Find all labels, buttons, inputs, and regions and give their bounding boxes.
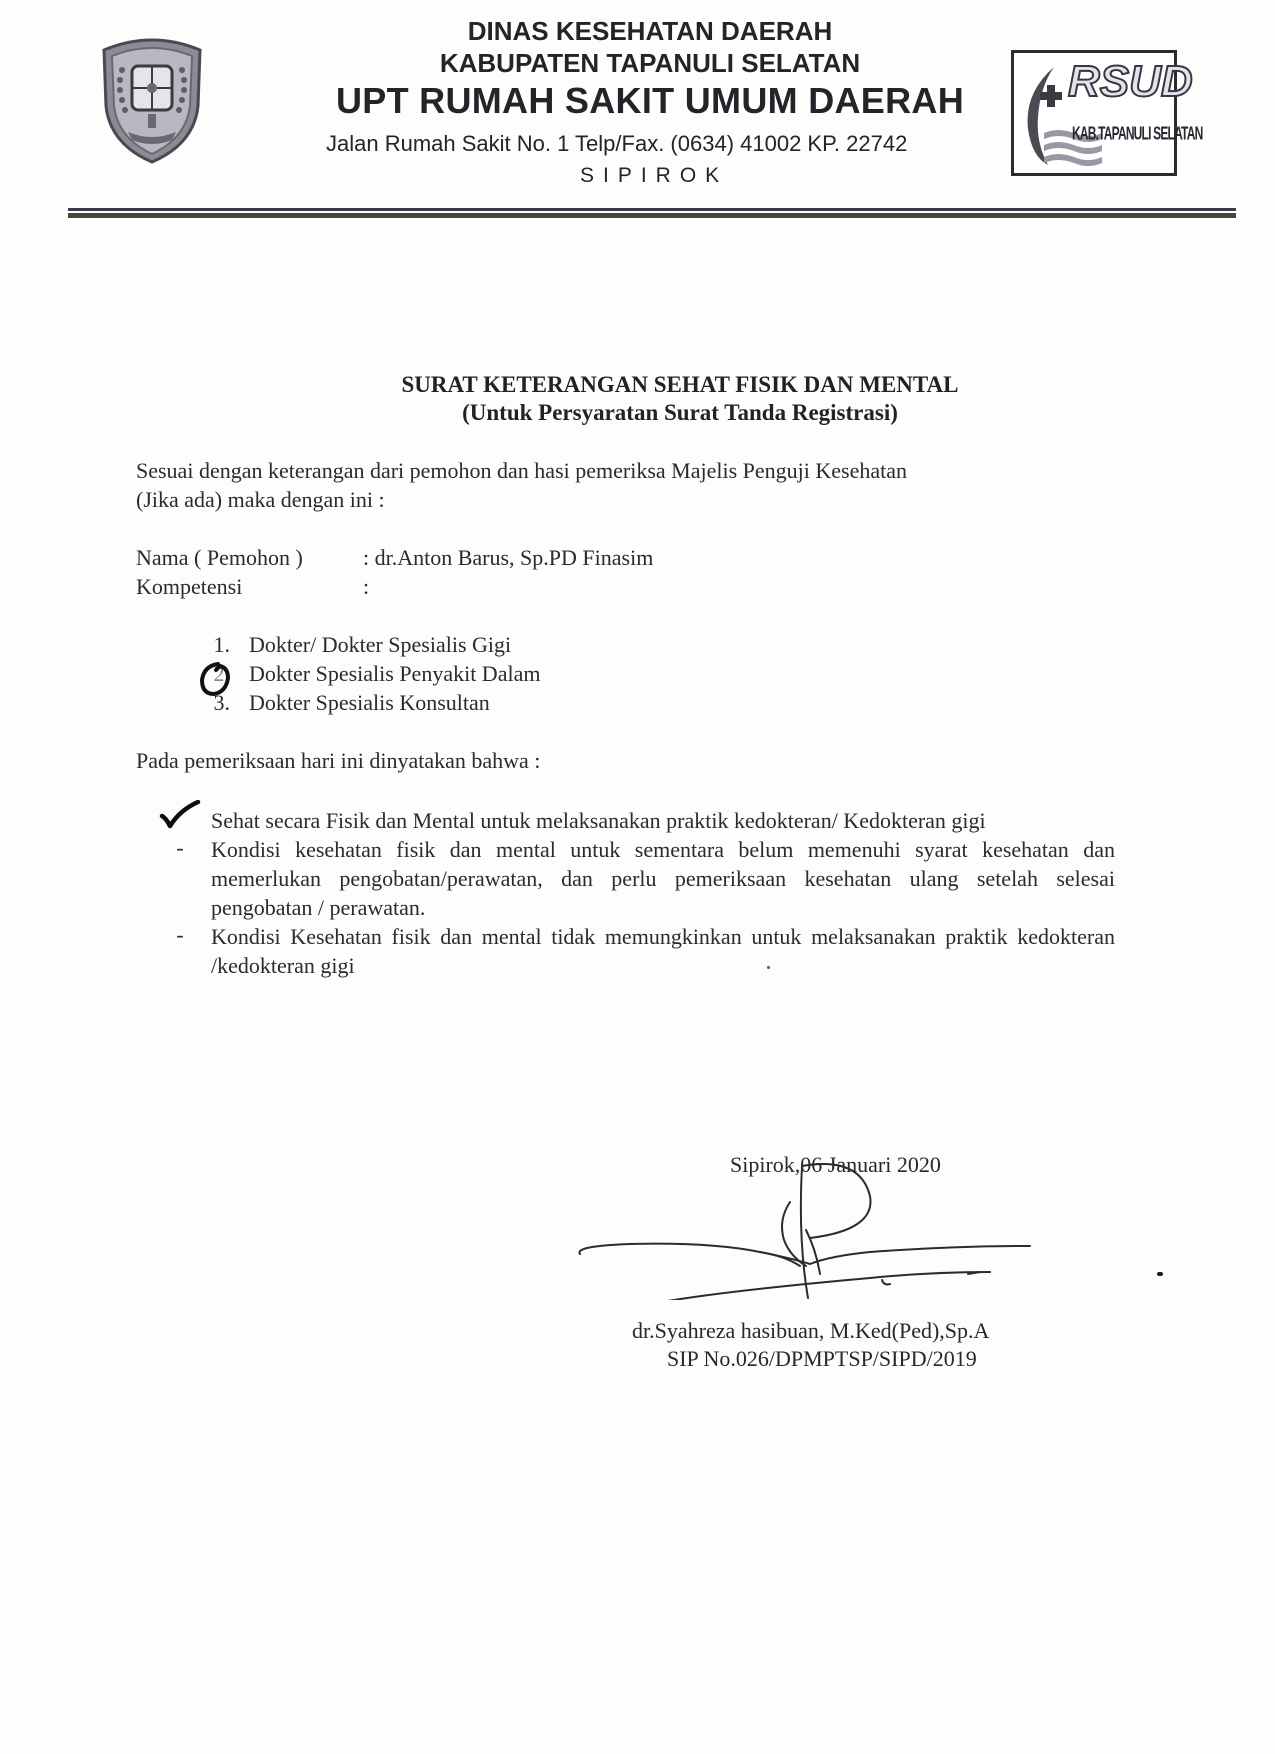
competency-option-3: Dokter Spesialis Konsultan: [249, 690, 490, 716]
signer-name: dr.Syahreza hasibuan, M.Ked(Ped),Sp.A: [632, 1318, 989, 1344]
applicant-name-label: Nama ( Pemohon ): [136, 545, 303, 571]
competency-value: :: [363, 574, 369, 600]
statement-healthy: Sehat secara Fisik dan Mental untuk mela…: [211, 806, 1115, 835]
agency-name: DINAS KESEHATAN DAERAH: [300, 16, 1000, 47]
regency-emblem-icon: [98, 36, 206, 164]
competency-option-2: Dokter Spesialis Penyakit Dalam: [249, 661, 540, 687]
letterhead-divider-thin: [68, 208, 1236, 211]
hospital-city: SIPIROK: [580, 164, 780, 188]
rsud-logo-title: RSUD: [1068, 57, 1193, 107]
statement-unfit: Kondisi Kesehatan fisik dan mental tidak…: [211, 922, 1115, 980]
scan-speck: [1157, 1272, 1163, 1276]
intro-text-line-1: Sesuai dengan keterangan dari pemohon da…: [136, 458, 907, 484]
hospital-address: Jalan Rumah Sakit No. 1 Telp/Fax. (0634)…: [326, 131, 1016, 157]
regency-name: KABUPATEN TAPANULI SELATAN: [300, 48, 1000, 79]
statement-bullet-3: -: [170, 922, 190, 948]
handwritten-circle-icon: [196, 660, 234, 698]
competency-label: Kompetensi: [136, 574, 242, 600]
check-mark-icon: [158, 800, 202, 830]
document-subtitle: (Untuk Persyaratan Surat Tanda Registras…: [200, 400, 1160, 426]
intro-text-line-2: (Jika ada) maka dengan ini :: [136, 487, 385, 513]
letterhead-divider-thick: [68, 213, 1236, 218]
rsud-logo-subtitle: KAB.TAPANULI SELATAN: [1072, 123, 1202, 144]
document-title: SURAT KETERANGAN SEHAT FISIK DAN MENTAL: [200, 372, 1160, 398]
hospital-name: UPT RUMAH SAKIT UMUM DAERAH: [300, 80, 1000, 122]
rsud-logo: RSUD KAB.TAPANULI SELATAN: [1011, 50, 1177, 176]
competency-number-1: 1.: [200, 632, 230, 658]
competency-option-1: Dokter/ Dokter Spesialis Gigi: [249, 632, 511, 658]
applicant-name-value: : dr.Anton Barus, Sp.PD Finasim: [363, 545, 653, 571]
signer-sip-number: SIP No.026/DPMPTSP/SIPD/2019: [667, 1346, 977, 1372]
exam-intro-text: Pada pemeriksaan hari ini dinyatakan bah…: [136, 748, 540, 774]
handwritten-signature-icon: [570, 1160, 1060, 1300]
scan-speck: [767, 966, 770, 969]
statement-bullet-2: -: [170, 835, 190, 861]
statement-temporarily-unfit: Kondisi kesehatan fisik dan mental untuk…: [211, 835, 1115, 922]
